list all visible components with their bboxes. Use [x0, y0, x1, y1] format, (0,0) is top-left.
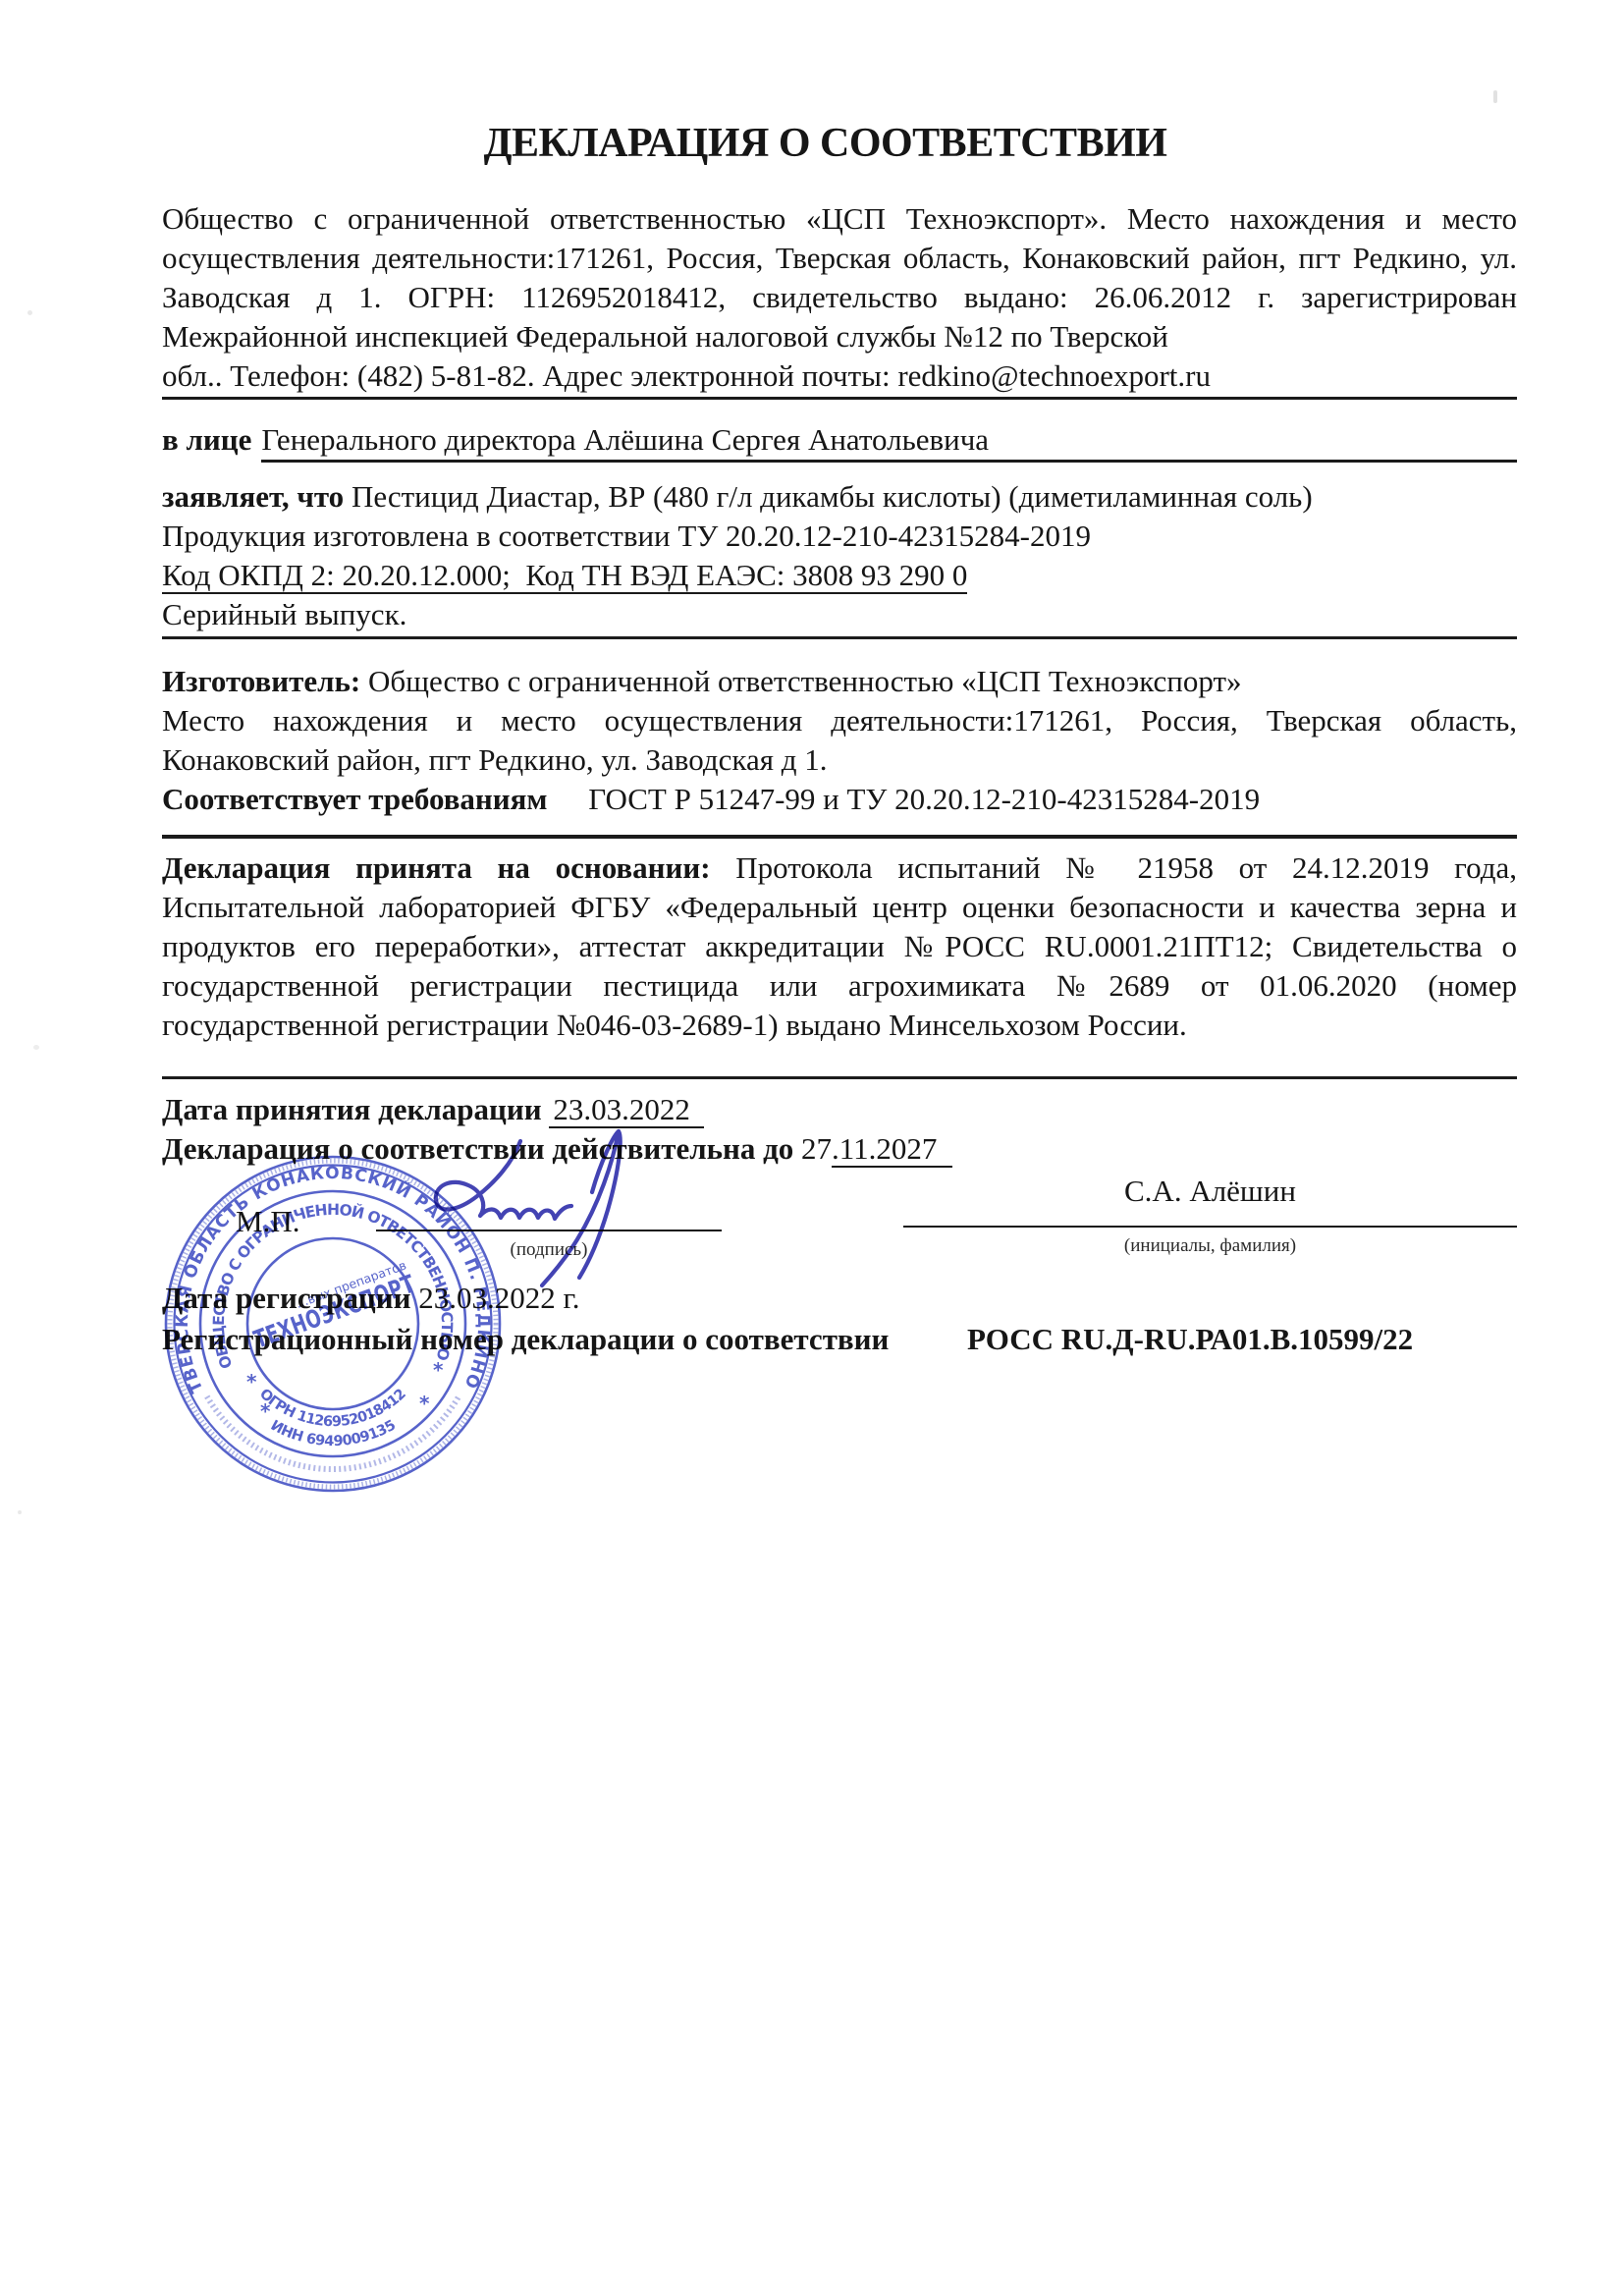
scan-speck [18, 1510, 22, 1514]
codes-line: Код ОКПД 2: 20.20.12.000; Код ТН ВЭД ЕАЭ… [162, 556, 1517, 595]
adoption-date-label: Дата принятия декларации [162, 1092, 542, 1126]
section-divider-1 [162, 636, 1517, 639]
applicant-section: Общество с ограниченной ответственностью… [162, 199, 1517, 400]
stamp-star-left-1: * [246, 1370, 257, 1394]
product-line: заявляет, что Пестицид Диастар, ВР (480 … [162, 477, 1517, 517]
signer-name-caption: (инициалы, фамилия) [903, 1235, 1517, 1257]
stamp-star-right-1: * [433, 1358, 444, 1382]
manufacturer-name: Общество с ограниченной ответственностью… [368, 664, 1242, 698]
stamp-star-left-2: * [260, 1399, 271, 1423]
manufacturer-section: Изготовитель: Общество с ограниченной от… [162, 662, 1517, 819]
signer-name: С.А. Алёшин [1124, 1174, 1296, 1208]
manufacturer-label: Изготовитель: [162, 664, 360, 698]
made-to-line: Продукция изготовлена в соответствии ТУ … [162, 517, 1517, 556]
basis-section: Декларация принята на основании: Протоко… [162, 848, 1517, 1045]
document-page: ДЕКЛАРАЦИЯ О СООТВЕТСТВИИ Общество с огр… [0, 0, 1623, 2296]
basis-label: Декларация принята на основании: [162, 850, 711, 885]
stamp-star-right-2: * [419, 1392, 430, 1415]
valid-until-underlined: .11.2027 [832, 1131, 952, 1168]
product-name: Пестицид Диастар, ВР (480 г/л дикамбы ки… [352, 479, 1313, 514]
valid-until-prefix: 27 [801, 1131, 832, 1166]
conformity-line: Соответствует требованиям ГОСТ Р 51247-9… [162, 780, 1517, 819]
applicant-contacts-line: обл.. Телефон: (482) 5-81-82. Адрес элек… [162, 356, 1517, 400]
representative-row: в лице Генерального директора Алёшина Се… [162, 420, 1517, 463]
signer-name-box: С.А. Алёшин [903, 1172, 1517, 1228]
scan-speck [27, 310, 32, 315]
handwritten-signature [391, 1125, 680, 1290]
section-divider-3 [162, 1076, 1517, 1079]
page-title: ДЕКЛАРАЦИЯ О СООТВЕТСТВИИ [14, 120, 1623, 167]
representative-label: в лице [162, 420, 251, 460]
manufacturer-address: Место нахождения и место осуществления д… [162, 701, 1517, 780]
declares-label: заявляет, что [162, 479, 344, 514]
adoption-date-value: 23.03.2022 [549, 1092, 704, 1128]
section-divider-2 [162, 835, 1517, 839]
serial-line: Серийный выпуск. [162, 595, 1517, 634]
scan-speck [1493, 90, 1497, 103]
scan-speck [33, 1045, 39, 1050]
registration-number-value: РОСС RU.Д-RU.РА01.В.10599/22 [967, 1320, 1413, 1359]
manufacturer-name-line: Изготовитель: Общество с ограниченной от… [162, 662, 1517, 701]
representative-value: Генерального директора Алёшина Сергея Ан… [261, 420, 1517, 463]
conformity-value: ГОСТ Р 51247-99 и ТУ 20.20.12-210-423152… [588, 782, 1260, 816]
codes-value: Код ОКПД 2: 20.20.12.000; Код ТН ВЭД ЕАЭ… [162, 558, 967, 594]
applicant-paragraph: Общество с ограниченной ответственностью… [162, 199, 1517, 356]
declaration-subject-section: заявляет, что Пестицид Диастар, ВР (480 … [162, 477, 1517, 634]
signature-stroke-main [436, 1141, 571, 1219]
adoption-date-line: Дата принятия декларации 23.03.2022 [162, 1090, 1517, 1129]
conformity-label: Соответствует требованиям [162, 782, 548, 816]
